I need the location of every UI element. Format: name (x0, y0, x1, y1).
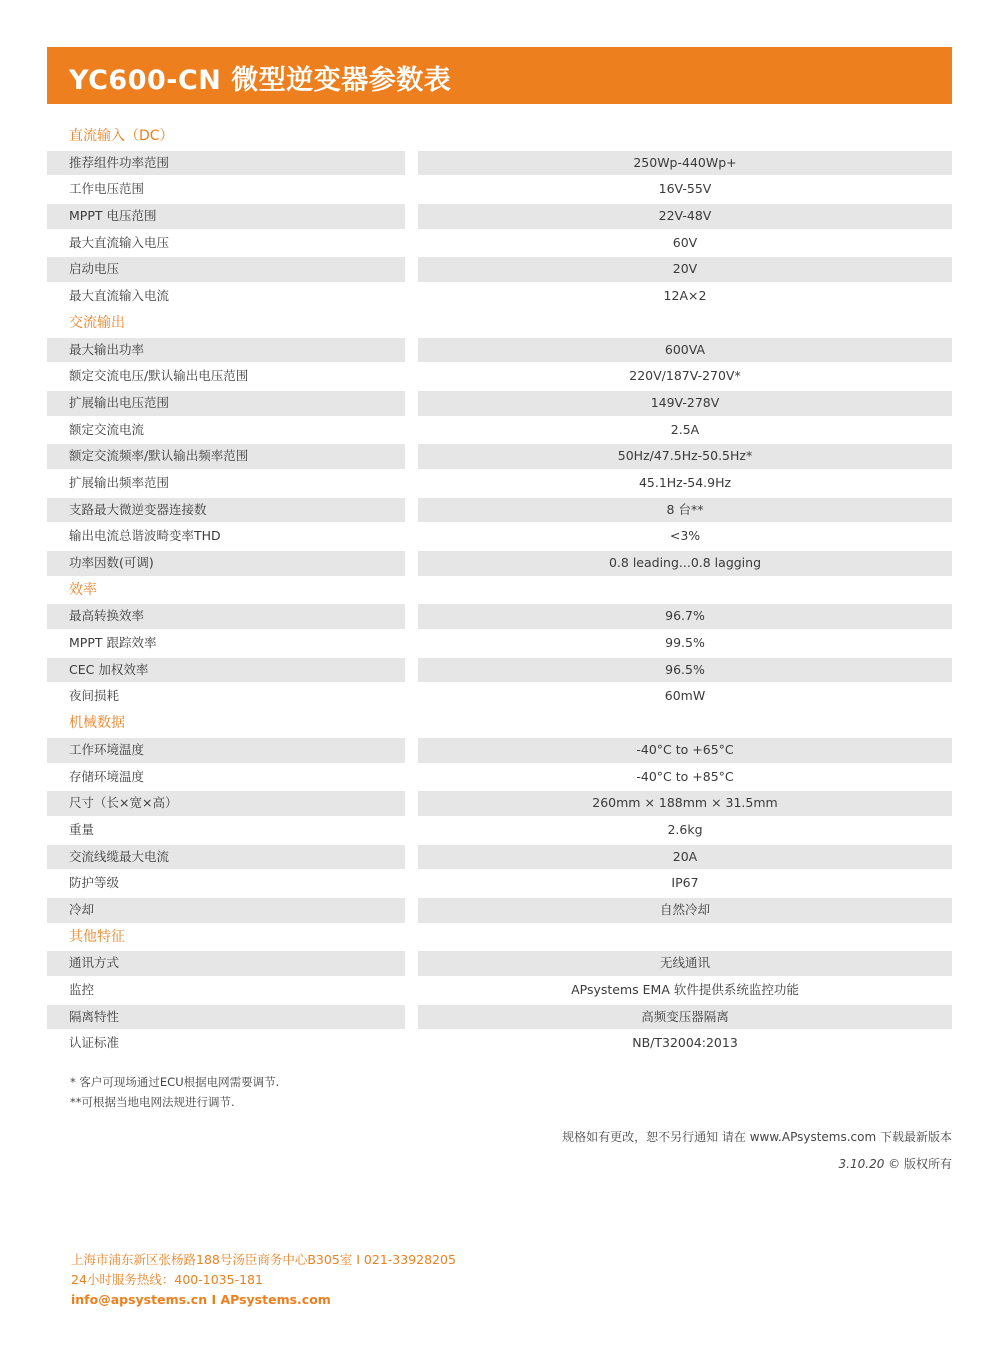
spec-label: 推荐组件功率范围 (47, 151, 405, 176)
spec-label: MPPT 跟踪效率 (47, 631, 405, 656)
table-row: 最大直流输入电流12A×2 (47, 283, 952, 310)
spec-label: 工作环境温度 (47, 738, 405, 763)
spec-label: 功率因数(可调) (47, 551, 405, 576)
spec-label: 输出电流总谐波畸变率THD (47, 524, 405, 549)
table-row: 监控APsystems EMA 软件提供系统监控功能 (47, 977, 952, 1004)
spec-label: MPPT 电压范围 (47, 204, 405, 229)
table-row: 输出电流总谐波畸变率THD<3% (47, 523, 952, 550)
table-row: 最大直流输入电压60V (47, 230, 952, 257)
table-row: 额定交流频率/默认输出频率范围50Hz/47.5Hz-50.5Hz* (47, 443, 952, 470)
table-row: 冷却自然冷却 (47, 897, 952, 924)
spec-label: 最大直流输入电流 (47, 284, 405, 309)
table-row: CEC 加权效率96.5% (47, 657, 952, 684)
spec-label: 最大直流输入电压 (47, 231, 405, 256)
spec-label: 启动电压 (47, 257, 405, 282)
spec-value: NB/T32004:2013 (418, 1031, 952, 1056)
section-title: 交流输出 (47, 310, 952, 337)
contact-info: 上海市浦东新区张杨路188号汤臣商务中心B305室 I 021-33928205… (71, 1250, 456, 1310)
spec-value: 高频变压器隔离 (418, 1005, 952, 1030)
spec-label: 隔离特性 (47, 1005, 405, 1030)
section-title: 机械数据 (47, 710, 952, 737)
spec-label: 工作电压范围 (47, 177, 405, 202)
table-row: 启动电压20V (47, 256, 952, 283)
spec-value: 260mm × 188mm × 31.5mm (418, 791, 952, 816)
spec-value: -40°C to +65°C (418, 738, 952, 763)
spec-value: 22V-48V (418, 204, 952, 229)
spec-value: <3% (418, 524, 952, 549)
spec-label: 监控 (47, 978, 405, 1003)
table-row: 存储环境温度-40°C to +85°C (47, 764, 952, 791)
spec-label: CEC 加权效率 (47, 658, 405, 683)
address: 上海市浦东新区张杨路188号汤臣商务中心B305室 I 021-33928205 (71, 1250, 456, 1270)
spec-value: 12A×2 (418, 284, 952, 309)
table-row: 隔离特性高频变压器隔离 (47, 1004, 952, 1031)
email-link[interactable]: info@apsystems.cn (71, 1292, 207, 1307)
spec-label: 冷却 (47, 898, 405, 923)
footnote-1: * 客户可现场通过ECU根据电网需要调节. (70, 1072, 279, 1092)
spec-label: 尺寸（长×宽×高） (47, 791, 405, 816)
section-title: 效率 (47, 577, 952, 604)
footnote-2: **可根据当地电网法规进行调节. (70, 1092, 279, 1112)
section-title: 其他特征 (47, 924, 952, 951)
spec-value: 0.8 leading...0.8 lagging (418, 551, 952, 576)
table-row: 尺寸（长×宽×高）260mm × 188mm × 31.5mm (47, 790, 952, 817)
spec-value: 50Hz/47.5Hz-50.5Hz* (418, 444, 952, 469)
hotline: 24小时服务热线：400-1035-181 (71, 1270, 456, 1290)
spec-value: 96.7% (418, 604, 952, 629)
spec-label: 支路最大微逆变器连接数 (47, 498, 405, 523)
page-title: YC600-CN 微型逆变器参数表 (69, 58, 451, 97)
spec-value: 149V-278V (418, 391, 952, 416)
table-row: 额定交流电流2.5A (47, 417, 952, 444)
spec-value: 自然冷却 (418, 898, 952, 923)
table-row: 工作环境温度-40°C to +65°C (47, 737, 952, 764)
table-row: 重量2.6kg (47, 817, 952, 844)
spec-value: 96.5% (418, 658, 952, 683)
spec-value: 60V (418, 231, 952, 256)
table-row: 工作电压范围16V-55V (47, 176, 952, 203)
table-row: 推荐组件功率范围250Wp-440Wp+ (47, 150, 952, 177)
spec-label: 交流线缆最大电流 (47, 845, 405, 870)
table-row: MPPT 跟踪效率99.5% (47, 630, 952, 657)
table-row: 防护等级IP67 (47, 870, 952, 897)
table-row: MPPT 电压范围22V-48V (47, 203, 952, 230)
version-line: 3.10.20 © 版权所有 (562, 1151, 952, 1178)
spec-value: 2.5A (418, 418, 952, 443)
spec-value: IP67 (418, 871, 952, 896)
disclaimer-text: 规格如有更改，恕不另行通知 请在 www.APsystems.com 下载最新版… (562, 1124, 952, 1151)
disclaimer: 规格如有更改，恕不另行通知 请在 www.APsystems.com 下载最新版… (562, 1124, 952, 1178)
spec-value: 250Wp-440Wp+ (418, 151, 952, 176)
spec-value: 20V (418, 257, 952, 282)
spec-value: 60mW (418, 684, 952, 709)
header-band: YC600-CN 微型逆变器参数表 (47, 47, 952, 104)
spec-value: 99.5% (418, 631, 952, 656)
spec-table: 直流输入（DC）推荐组件功率范围250Wp-440Wp+工作电压范围16V-55… (47, 123, 952, 1057)
spec-label: 认证标准 (47, 1031, 405, 1056)
spec-label: 重量 (47, 818, 405, 843)
spec-value: -40°C to +85°C (418, 765, 952, 790)
spec-value: 220V/187V-270V* (418, 364, 952, 389)
spec-label: 扩展输出电压范围 (47, 391, 405, 416)
table-row: 最高转换效率96.7% (47, 603, 952, 630)
spec-label: 防护等级 (47, 871, 405, 896)
website-link[interactable]: APsystems.com (220, 1292, 330, 1307)
section-title: 直流输入（DC） (47, 123, 952, 150)
spec-value: 600VA (418, 338, 952, 363)
table-row: 交流线缆最大电流20A (47, 844, 952, 871)
separator: I (207, 1292, 220, 1307)
copyright-text: © 版权所有 (888, 1157, 952, 1171)
spec-label: 最大输出功率 (47, 338, 405, 363)
spec-value: 16V-55V (418, 177, 952, 202)
spec-label: 通讯方式 (47, 951, 405, 976)
table-row: 额定交流电压/默认输出电压范围220V/187V-270V* (47, 363, 952, 390)
spec-value: 20A (418, 845, 952, 870)
spec-value: 8 台** (418, 498, 952, 523)
table-row: 夜间损耗60mW (47, 683, 952, 710)
spec-value: 2.6kg (418, 818, 952, 843)
table-row: 最大输出功率600VA (47, 337, 952, 364)
table-row: 支路最大微逆变器连接数8 台** (47, 497, 952, 524)
footnotes: * 客户可现场通过ECU根据电网需要调节. **可根据当地电网法规进行调节. (70, 1072, 279, 1112)
web-links: info@apsystems.cn I APsystems.com (71, 1290, 456, 1310)
spec-value: 无线通讯 (418, 951, 952, 976)
version-number: 3.10.20 (839, 1157, 885, 1171)
spec-label: 扩展输出频率范围 (47, 471, 405, 496)
spec-value: APsystems EMA 软件提供系统监控功能 (418, 978, 952, 1003)
spec-label: 额定交流频率/默认输出频率范围 (47, 444, 405, 469)
table-row: 功率因数(可调)0.8 leading...0.8 lagging (47, 550, 952, 577)
table-row: 通讯方式无线通讯 (47, 950, 952, 977)
table-row: 认证标准NB/T32004:2013 (47, 1030, 952, 1057)
spec-label: 夜间损耗 (47, 684, 405, 709)
spec-label: 存储环境温度 (47, 765, 405, 790)
spec-label: 额定交流电压/默认输出电压范围 (47, 364, 405, 389)
table-row: 扩展输出频率范围45.1Hz-54.9Hz (47, 470, 952, 497)
spec-label: 最高转换效率 (47, 604, 405, 629)
spec-label: 额定交流电流 (47, 418, 405, 443)
spec-value: 45.1Hz-54.9Hz (418, 471, 952, 496)
table-row: 扩展输出电压范围149V-278V (47, 390, 952, 417)
